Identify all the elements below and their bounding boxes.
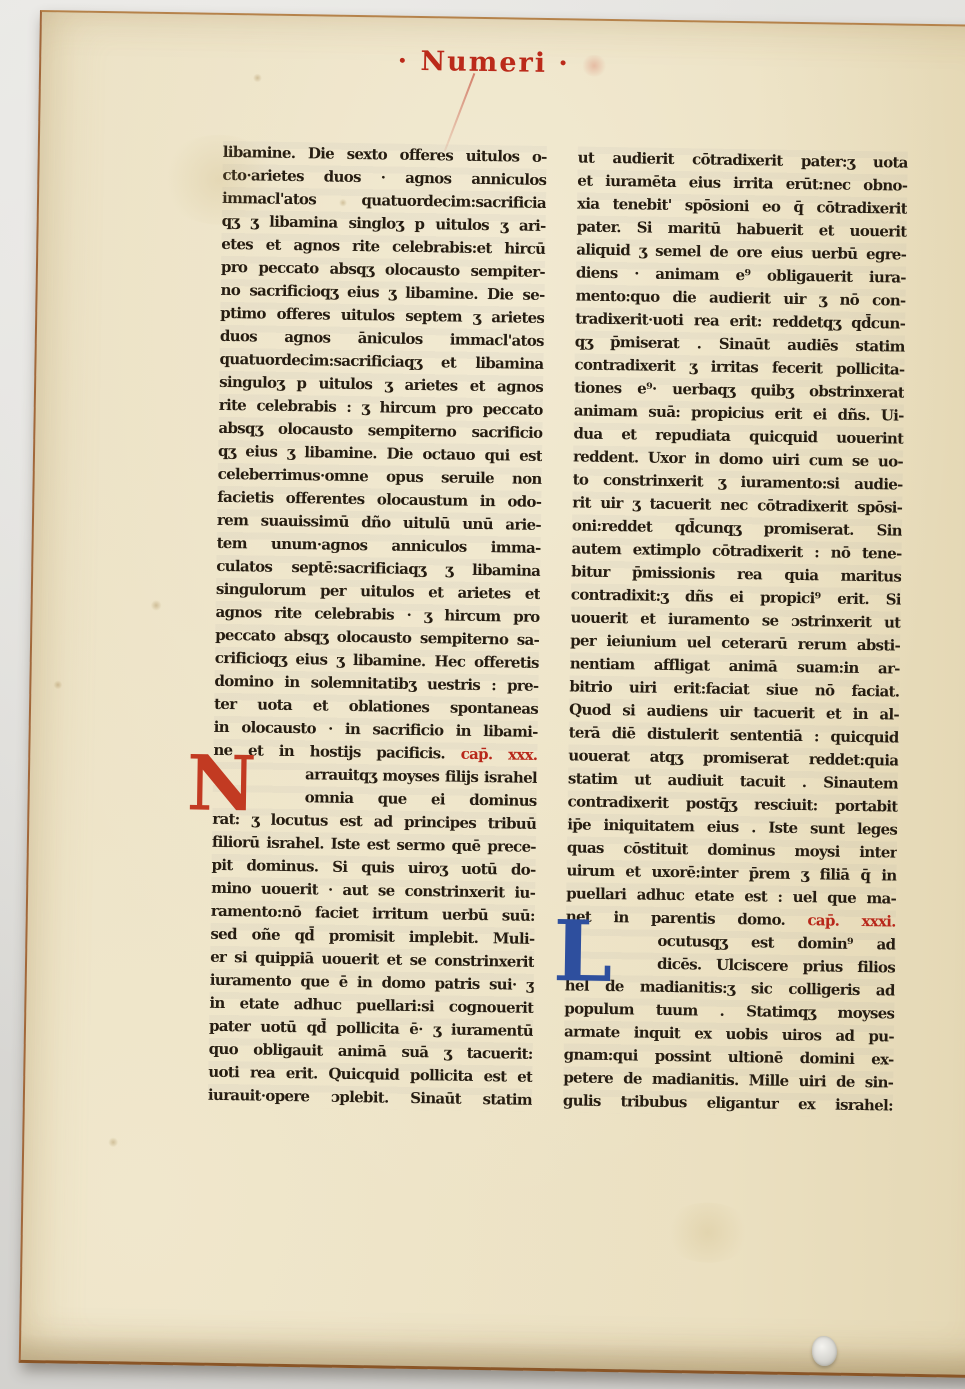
pen-flourish <box>444 73 476 152</box>
chapter-rubric: cap̄. xxxi. <box>785 911 896 931</box>
text-line-content: agnos rite celebrabis · ʒ hircum pro <box>215 603 539 626</box>
text-line-content: gnam:qui possint ultionē domini ex- <box>564 1045 894 1068</box>
text-line-content: filiorū israhel. Iste est sermo quē prec… <box>212 833 536 856</box>
text-line-content: uoti rea erit. Quicquid pollicita est et <box>208 1063 532 1086</box>
illuminated-initial-n: N <box>186 751 256 816</box>
text-line: iurauit·opere ɔplebit. Sinaūt statim <box>208 1084 532 1112</box>
text-line-content: in etate adhuc puellari:si cognouerit <box>209 994 533 1017</box>
text-line-content: tiones e⁹· uerbaqʒ quibʒ obstrinxerat <box>574 378 904 401</box>
text-line-content: oni:reddet qd̄cunqʒ promiserat. Sin <box>572 516 902 539</box>
text-line-content: qʒ ʒ libamina singloʒ p uitulos ʒ ari- <box>222 212 546 235</box>
text-line-content: crificioqʒ eius ʒ libamine. Hec offereti… <box>215 649 539 672</box>
stain-spot <box>662 1202 753 1263</box>
text-line-content: celeberrimus·omne opus seruile non <box>218 465 542 488</box>
text-line-content: Quod si audiens uir tacuerit et in al- <box>569 700 899 723</box>
text-line-content: duos agnos āniculos immacl'atos <box>220 327 544 350</box>
text-line-content: per ieiunium uel ceterarū rerum absti- <box>570 631 900 654</box>
text-line-content: pater. Si maritū habuerit et uouerit <box>577 217 907 240</box>
text-line-content: populum tuum . Statimqʒ moyses <box>564 999 894 1022</box>
text-line-content: pit dominus. Si quis uiroʒ uotū do- <box>211 856 535 879</box>
photo-background: · Numeri · libamine. Die sexto offeres u… <box>0 0 965 1389</box>
text-line-content: uouerat atqʒ promiserat reddet:quia <box>568 746 898 769</box>
text-line-content: sed oñe qd̄ promisit implebit. Muli- <box>210 925 534 948</box>
text-line-content: uouerit et iuramento se ɔstrinxerit ut <box>570 608 900 631</box>
text-line-content: et iuramēta eius irrita erūt:nec obno- <box>577 171 907 194</box>
text-line-content: contradixit:ʒ dñs ei propici⁹ erit. Si <box>571 585 901 608</box>
text-line-content: gulis tribubus eligantur ex israhel: <box>563 1091 893 1114</box>
text-line-content: xia tenebit' spōsioni eo q̄ cōtradixerit <box>577 194 907 217</box>
text-line-content: mino uouerit · aut se constrinxerit iu- <box>211 879 535 902</box>
text-line-content: ut audierit cōtradixerit pater:ʒ uota <box>578 148 908 171</box>
text-line-content: pater uotū qd̄ pollicita ē· ʒ iuramentū <box>209 1017 533 1040</box>
text-line-content: no sacrificioqʒ eius ʒ libamine. Die se- <box>220 281 544 304</box>
text-line-content: quatuordecim:sacrificiaqʒ et libamina <box>219 350 543 373</box>
text-line-content: absqʒ olocausto sempiterno sacrificio <box>218 419 542 442</box>
text-line-content: ip̄e iniquitatem eius . Iste sunt leges <box>567 815 897 838</box>
text-line-content: pro peccato absqʒ olocausto sempiter- <box>221 258 545 281</box>
text-line-content: to constrinxerit ʒ iuramento:si audie- <box>573 470 903 493</box>
text-line-content: statim ut audiuit tacuit . Sinautem <box>568 769 898 792</box>
manuscript-leaf: · Numeri · libamine. Die sexto offeres u… <box>19 10 965 1379</box>
text-line-content: puellari adhuc etate est : uel que ma- <box>566 884 896 907</box>
text-line-content: iuramento que ē in domo patris sui· ʒ <box>210 971 534 994</box>
text-line-content: rat: ʒ locutus est ad principes tribuū <box>212 810 536 833</box>
text-line-content: etes et agnos rite celebrabis:et hircū <box>221 235 545 258</box>
text-line-content: aliquid ʒ semel de ore eius uerbū egre- <box>576 240 906 263</box>
stain-spot <box>53 680 62 689</box>
text-line-content: singuloʒ p uitulos ʒ arietes et agnos <box>219 373 543 396</box>
text-line-content: autem extimplo cōtradixerit : nō tene- <box>571 539 901 562</box>
text-line-content: bitrio uiri erit:faciat siue nō faciat. <box>569 677 899 700</box>
text-column-left: libamine. Die sexto offeres uitulos o-ct… <box>208 141 547 1112</box>
text-line-content: rem suauissimū dño uitulū unū arie- <box>217 511 541 534</box>
text-line-content: er si quippiā uouerit et se constrinxeri… <box>210 948 534 971</box>
text-line-content: animam suā: propicius erit ei dñs. Ui- <box>574 401 904 424</box>
mounting-fragment <box>812 1336 837 1366</box>
running-title-text: · Numeri · <box>397 46 570 80</box>
text-line-content: facietis offerentes olocaustum in odo- <box>217 488 541 511</box>
text-line-content: domino in solemnitatibʒ uestris : pre- <box>214 672 538 695</box>
text-line-content: diens · animam e⁹ obligauerit iura- <box>576 263 906 286</box>
text-line-content: ter uota et oblationes spontaneas <box>214 695 538 718</box>
text-line-content: petere de madianitis. Mille uiri de sin- <box>563 1068 893 1091</box>
stain-spot <box>339 199 347 207</box>
text-line-content: ptimo offeres uitulos septem ʒ arietes <box>220 304 544 327</box>
text-line-content: qʒ p̄miserat . Sinaūt audiēs statim <box>575 332 905 355</box>
text-line-content: nentiam affligat animā suam:in ar- <box>570 654 900 677</box>
chapter-rubric: cap̄. xxx. <box>445 744 538 763</box>
text-line-content: contradixerit postq̄ʒ resciuit: portabit <box>567 792 897 815</box>
text-line-content: singulorum per uitulos et arietes et <box>216 580 540 603</box>
text-line-content: tem unum·agnos anniculos imma- <box>217 534 541 557</box>
text-line-content: bitur p̄missionis rea quia maritus <box>571 562 901 585</box>
text-line-content: reddent. Uxor in domo uiri cum se uo- <box>573 447 903 470</box>
text-line-content: culatos septē:sacrificiaqʒ ʒ libamina <box>216 557 540 580</box>
text-line-content: terā diē distulerit sententiā : quicquid <box>569 723 899 746</box>
text-line-content: arrauitqʒ moyses filijs israhel <box>305 765 537 787</box>
stain-spot <box>151 600 162 611</box>
text-line-content: rite celebrabis : ʒ hircum pro peccato <box>219 396 543 419</box>
text-line-content: tradixerit·uoti rea erit: reddetqʒ qd̄cu… <box>575 309 905 332</box>
text-line-content: in olocausto · in sacrificio in libami- <box>214 718 538 741</box>
text-line-content: peccato absqʒ olocausto sempiterno sa- <box>215 626 539 649</box>
text-line-content: hel de madianitis:ʒ sic colligeris ad <box>565 976 895 999</box>
text-line-content: ramento:nō faciet irritum uerbū suū: <box>211 902 535 925</box>
text-line-content: armate inquit ex uobis uiros ad pu- <box>564 1022 894 1045</box>
text-line-content: dua et repudiata quicquid uouerint <box>573 424 903 447</box>
text-line-content: contradixerit ʒ irritas fecerit pollicit… <box>574 355 904 378</box>
stain-spot <box>108 1137 118 1147</box>
text-line-content: rit uir ʒ tacuerit nec cōtradixerit spōs… <box>572 493 902 516</box>
stain-spot <box>253 73 262 82</box>
text-line: gulis tribubus eligantur ex israhel: <box>563 1089 893 1117</box>
text-line-content: iurauit·opere ɔplebit. Sinaūt statim <box>208 1086 532 1109</box>
text-line-content: quo obligauit animā suā ʒ tacuerit: <box>209 1040 533 1063</box>
text-column-right: ut audierit cōtradixerit pater:ʒ uotaet … <box>563 146 908 1117</box>
running-title: · Numeri · <box>41 40 926 85</box>
text-line-content: quas cōstituit dominus moysi inter <box>567 838 897 861</box>
text-line-content: uirum et uxorē:inter p̄rem ʒ filiā q̄ in <box>566 861 896 884</box>
illuminated-initial-l: L <box>553 918 612 985</box>
text-line-content: mento:quo die audierit uir ʒ nō con- <box>575 286 905 309</box>
text-line-content: qʒ eius ʒ libamine. Die octauo qui est <box>218 442 542 465</box>
